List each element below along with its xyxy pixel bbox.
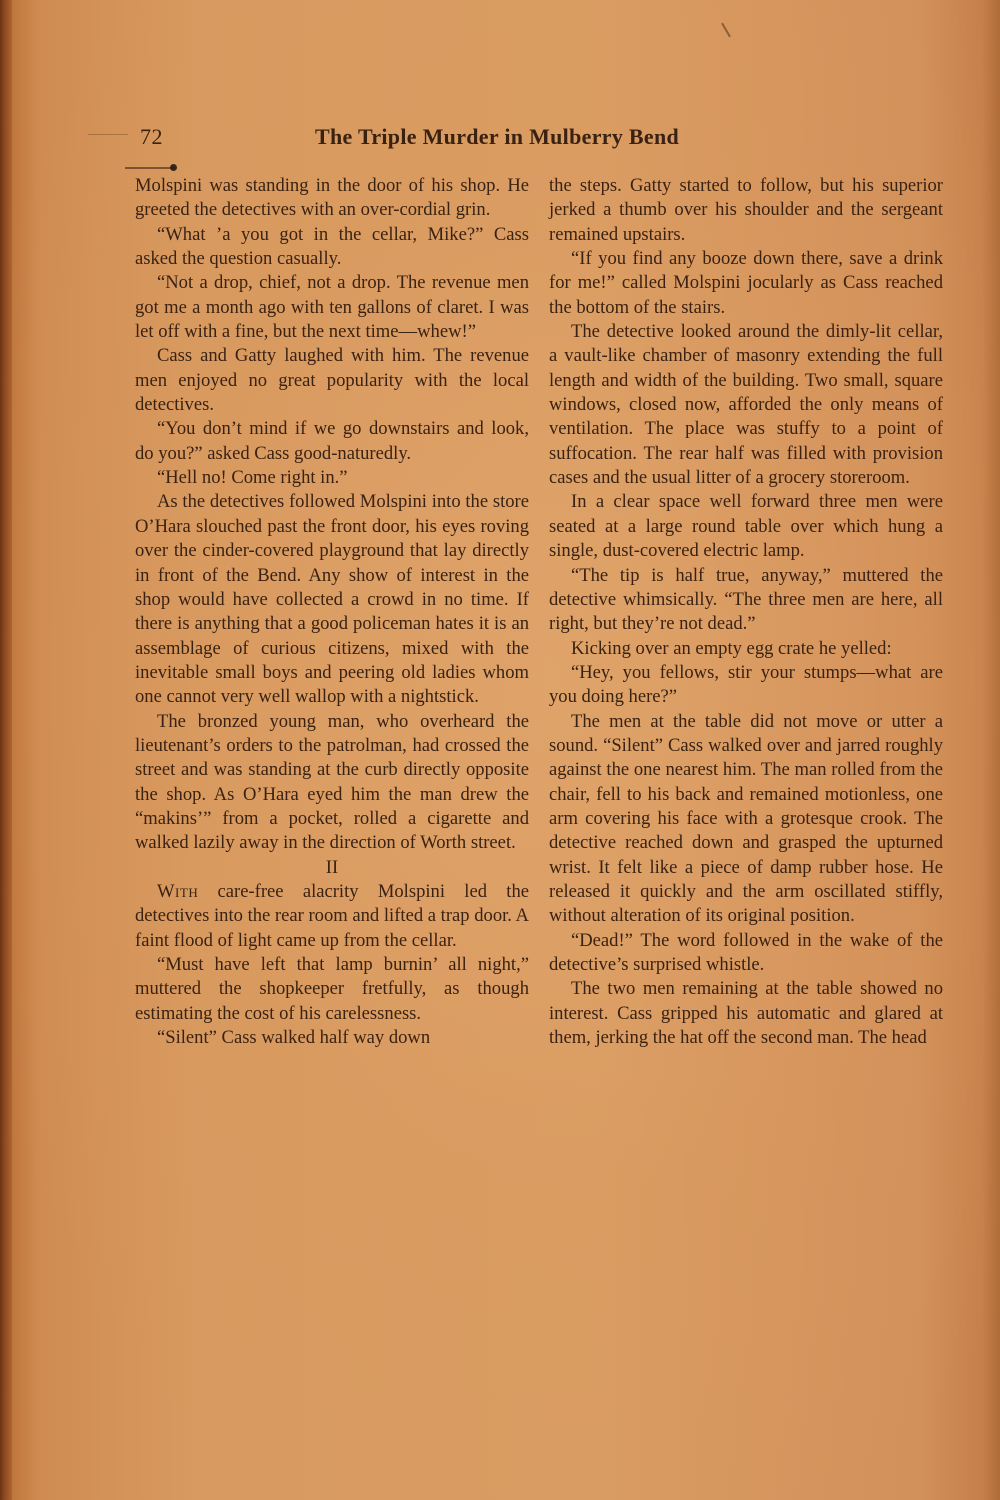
page-edge-shadow	[982, 0, 1000, 1500]
paragraph: The bronzed young man, who overheard the…	[135, 710, 529, 856]
pencil-arrow-mark	[125, 167, 175, 169]
paragraph: The two men remaining at the table showe…	[549, 977, 943, 1050]
paragraph: Cass and Gatty laughed with him. The rev…	[135, 344, 529, 417]
right-paragraphs: the steps. Gatty started to follow, but …	[549, 174, 943, 1050]
section-heading: II	[135, 856, 529, 880]
paragraph: Kicking over an empty egg crate he yelle…	[549, 637, 943, 661]
paragraph: “Hell no! Come right in.”	[135, 466, 529, 490]
running-title: The Triple Murder in Mulberry Bend	[315, 124, 679, 150]
paragraph: “What ’a you got in the cellar, Mike?” C…	[135, 223, 529, 272]
left-paragraphs-after-break: “Must have left that lamp burnin’ all ni…	[135, 953, 529, 1050]
paragraph: In a clear space well forward three men …	[549, 490, 943, 563]
paragraph: The detective looked around the dimly-li…	[549, 320, 943, 490]
paragraph: As the detectives followed Molspini into…	[135, 490, 529, 709]
paragraph: the steps. Gatty started to follow, but …	[549, 174, 943, 247]
paragraph: “Silent” Cass walked half way down	[135, 1026, 529, 1050]
paragraph: “The tip is half true, anyway,” muttered…	[549, 564, 943, 637]
left-paragraphs-before-break: Molspini was standing in the door of his…	[135, 174, 529, 856]
paragraph: “Hey, you fellows, stir your stumps—what…	[549, 661, 943, 710]
left-column: Molspini was standing in the door of his…	[135, 174, 529, 1050]
paragraph: “Must have left that lamp burnin’ all ni…	[135, 953, 529, 1026]
paragraph: “Not a drop, chief, not a drop. The reve…	[135, 271, 529, 344]
page-number: 72	[140, 124, 163, 150]
pencil-mark	[88, 134, 128, 135]
paragraph: Molspini was standing in the door of his…	[135, 174, 529, 223]
paragraph: “You don’t mind if we go downstairs and …	[135, 417, 529, 466]
paragraph: The men at the table did not move or utt…	[549, 710, 943, 929]
paper-blemish	[721, 23, 731, 38]
section-opening-smallcaps: With	[157, 881, 198, 902]
book-spine-shadow	[0, 0, 12, 1500]
paragraph: “If you find any booze down there, save …	[549, 247, 943, 320]
ink-dot-mark	[170, 164, 177, 171]
section-opening-paragraph: With care-free alacrity Molspini led the…	[135, 880, 529, 953]
paragraph: “Dead!” The word followed in the wake of…	[549, 929, 943, 978]
book-page: 72 The Triple Murder in Mulberry Bend Mo…	[0, 0, 1000, 1500]
right-column: the steps. Gatty started to follow, but …	[549, 174, 943, 1050]
